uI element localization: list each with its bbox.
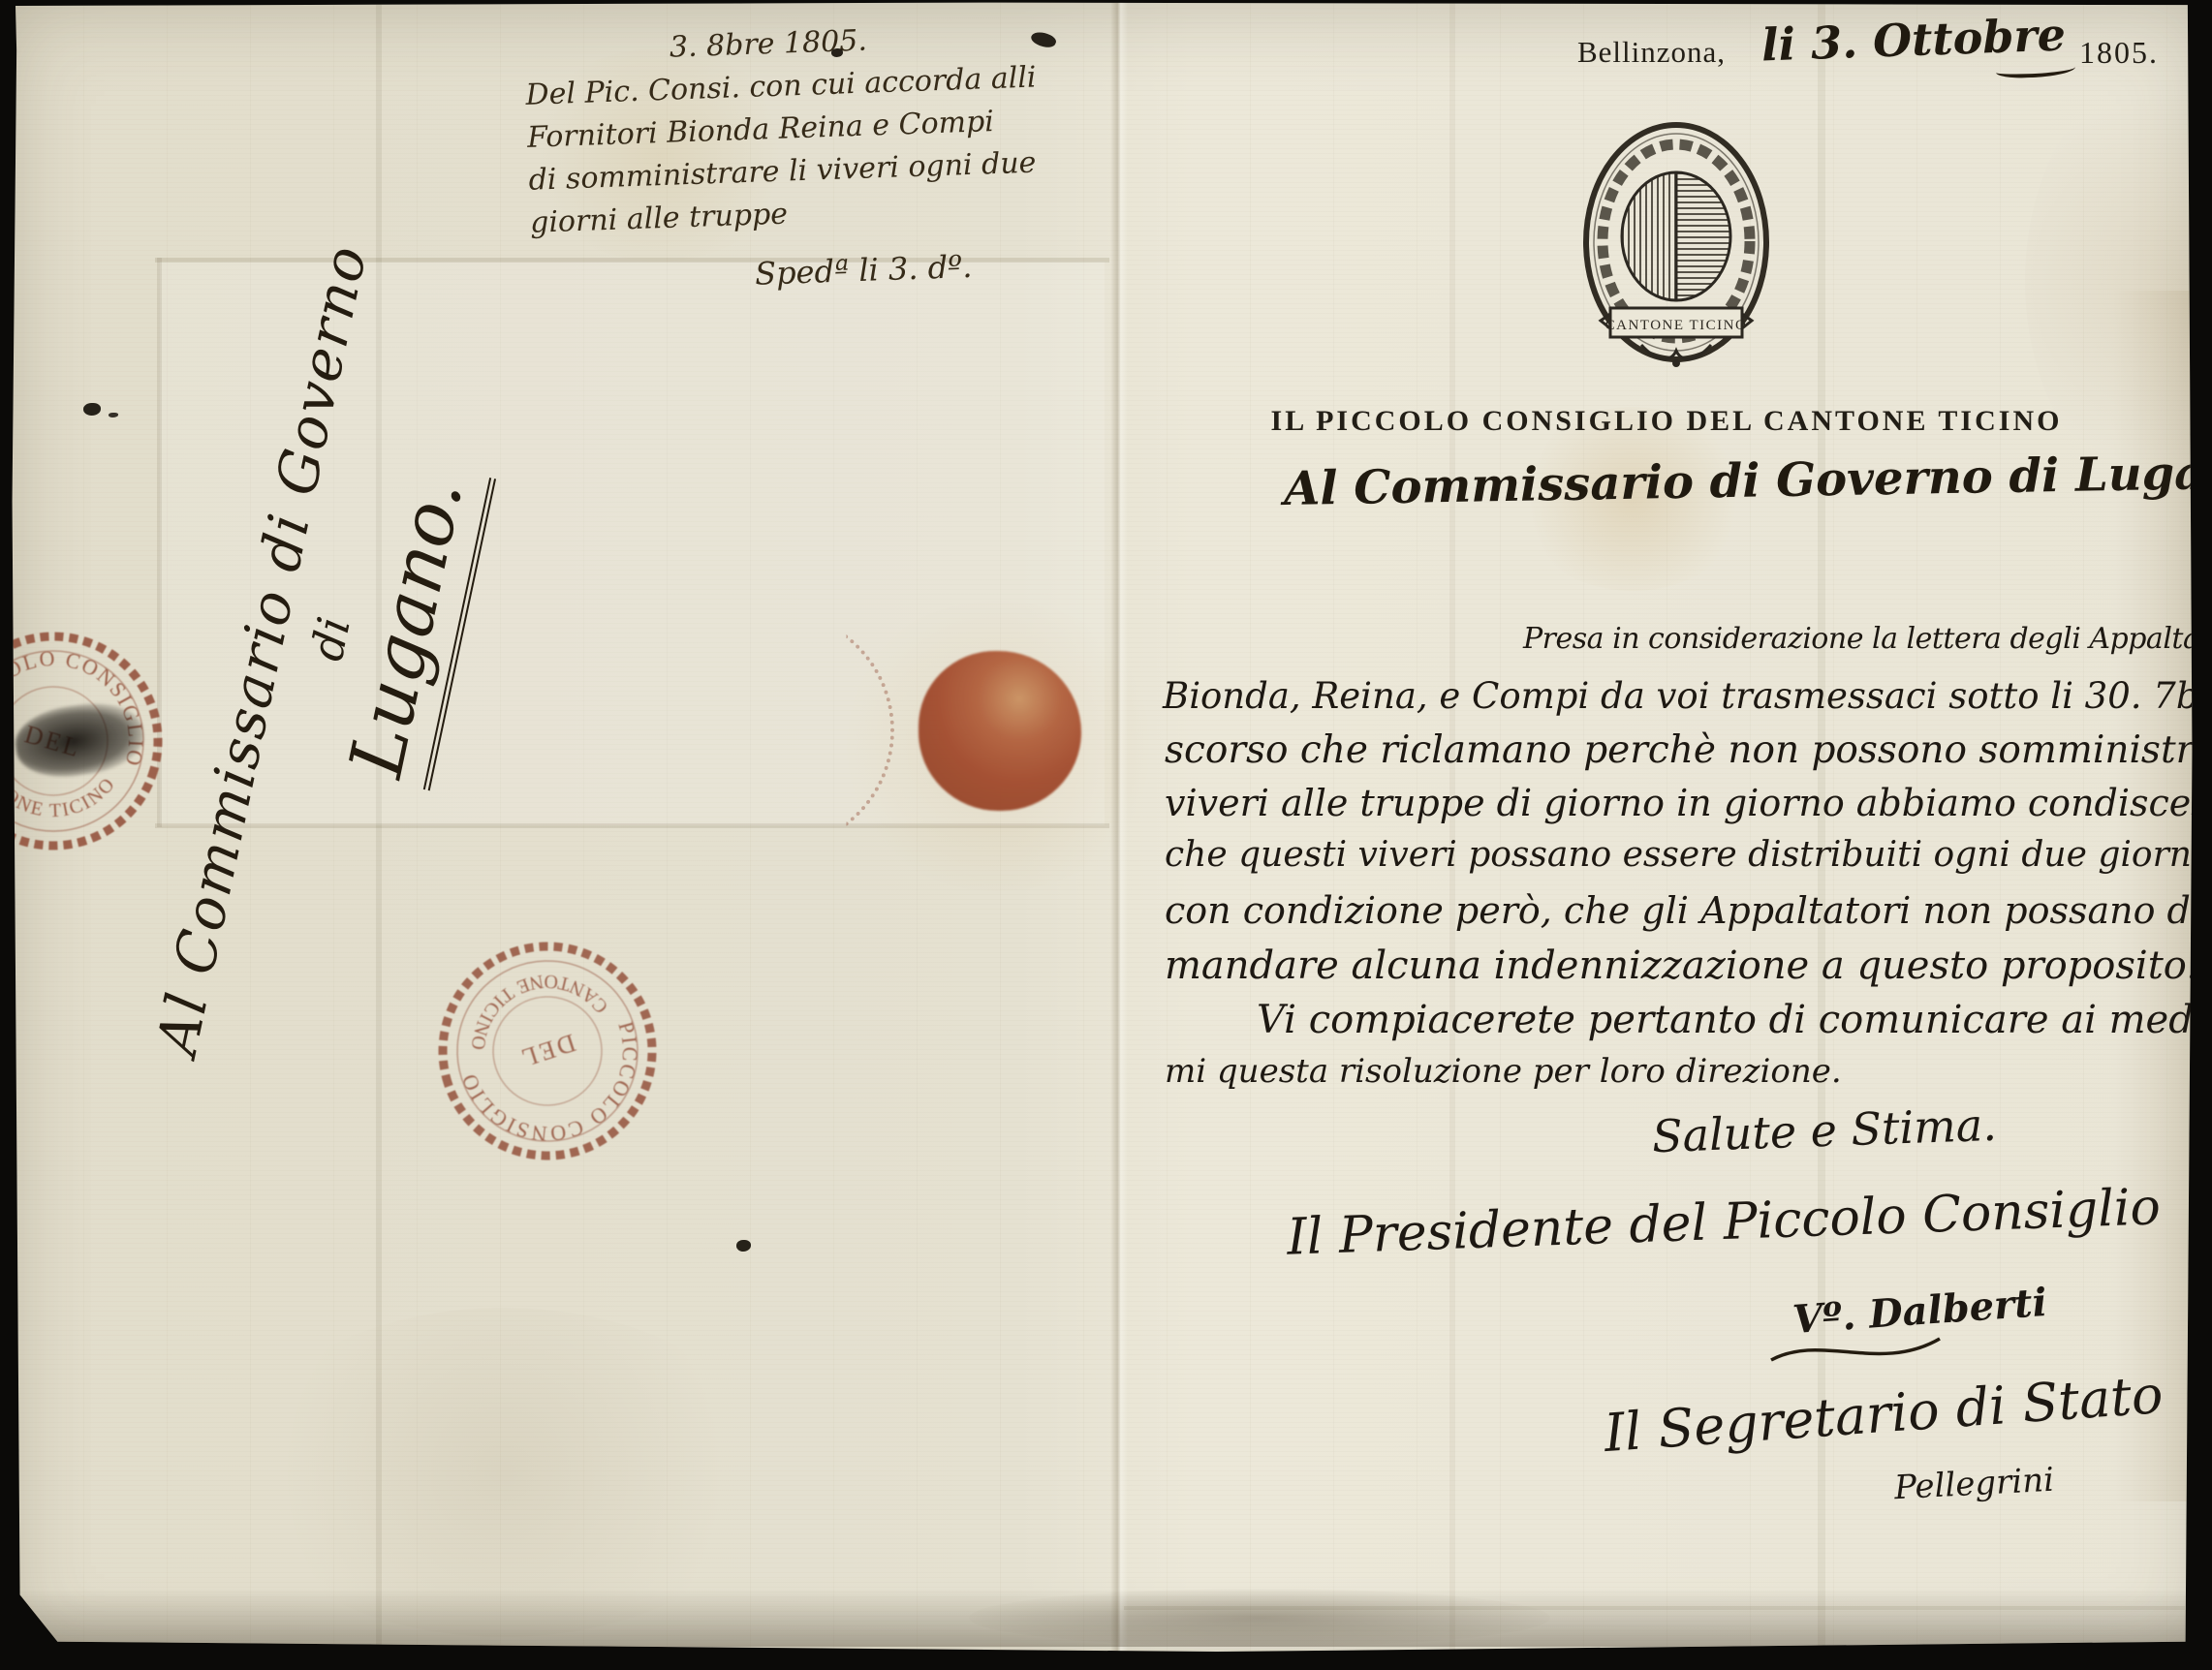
- letter-page: Bellinzona, li 3. Ottobre 1805.: [1124, 0, 2212, 1670]
- scanned-letter: 3. 8bre 1805. Del Pic. Consi. con cui ac…: [0, 0, 2212, 1670]
- registry-annotation: 3. 8bre 1805. Del Pic. Consi. con cui ac…: [523, 11, 1133, 302]
- emblem-banner-text: CANTONE TICINO: [1605, 318, 1748, 333]
- cantone-ticino-emblem: CANTONE TICINO: [1579, 118, 1773, 372]
- paper-sheet: 3. 8bre 1805. Del Pic. Consi. con cui ac…: [0, 0, 2212, 1670]
- secretary-signature: Pellegrini: [1893, 1461, 2055, 1508]
- stamp-text-center: DEL: [515, 1029, 579, 1073]
- letter-body-line: con condizione però, che gli Appaltatori…: [1165, 889, 2212, 932]
- wax-seal: [919, 651, 1081, 811]
- letter-body-line: Presa in considerazione la lettera degli…: [1523, 622, 2212, 656]
- letter-body-line: mandare alcuna indennizzazione a questo …: [1165, 943, 2198, 988]
- dateline-flourish-dash: [1996, 61, 2076, 79]
- letter-body-line: che questi viveri possano essere distrib…: [1165, 835, 2212, 875]
- stain: [233, 1308, 775, 1637]
- dateline-year: 1805.: [2079, 35, 2159, 71]
- dateline-place: Bellinzona,: [1577, 35, 1726, 70]
- closing-president-title: Il Presidente del Piccolo Consiglio: [1286, 1178, 2162, 1266]
- letter-body-line: viveri alle truppe di giorno in giorno a…: [1165, 782, 2212, 824]
- letter-body-line: mi questa risoluzione per loro direzione…: [1165, 1052, 1842, 1091]
- addressee-line: Al Commissario di Governo di Lugano.: [1284, 445, 2212, 516]
- letter-body-line: scorso che riclamano perchè non possono …: [1165, 728, 2212, 772]
- closing-salute: Salute e Stima.: [1651, 1098, 1997, 1162]
- emblem-graphic: CANTONE TICINO: [1579, 118, 1773, 372]
- signature-flourish: [1763, 1329, 1947, 1370]
- letter-body-line: Bionda, Reina, e Compi da voi trasmessac…: [1163, 675, 2212, 717]
- bottom-edge-shadow: [0, 1589, 2212, 1647]
- letterhead-title: IL PICCOLO CONSIGLIO DEL CANTONE TICINO: [1143, 405, 2190, 438]
- letter-body-line: Vi compiacerete pertanto di comunicare a…: [1257, 998, 2212, 1042]
- closing-secretary-title: Il Segretario di Stato: [1603, 1364, 2165, 1464]
